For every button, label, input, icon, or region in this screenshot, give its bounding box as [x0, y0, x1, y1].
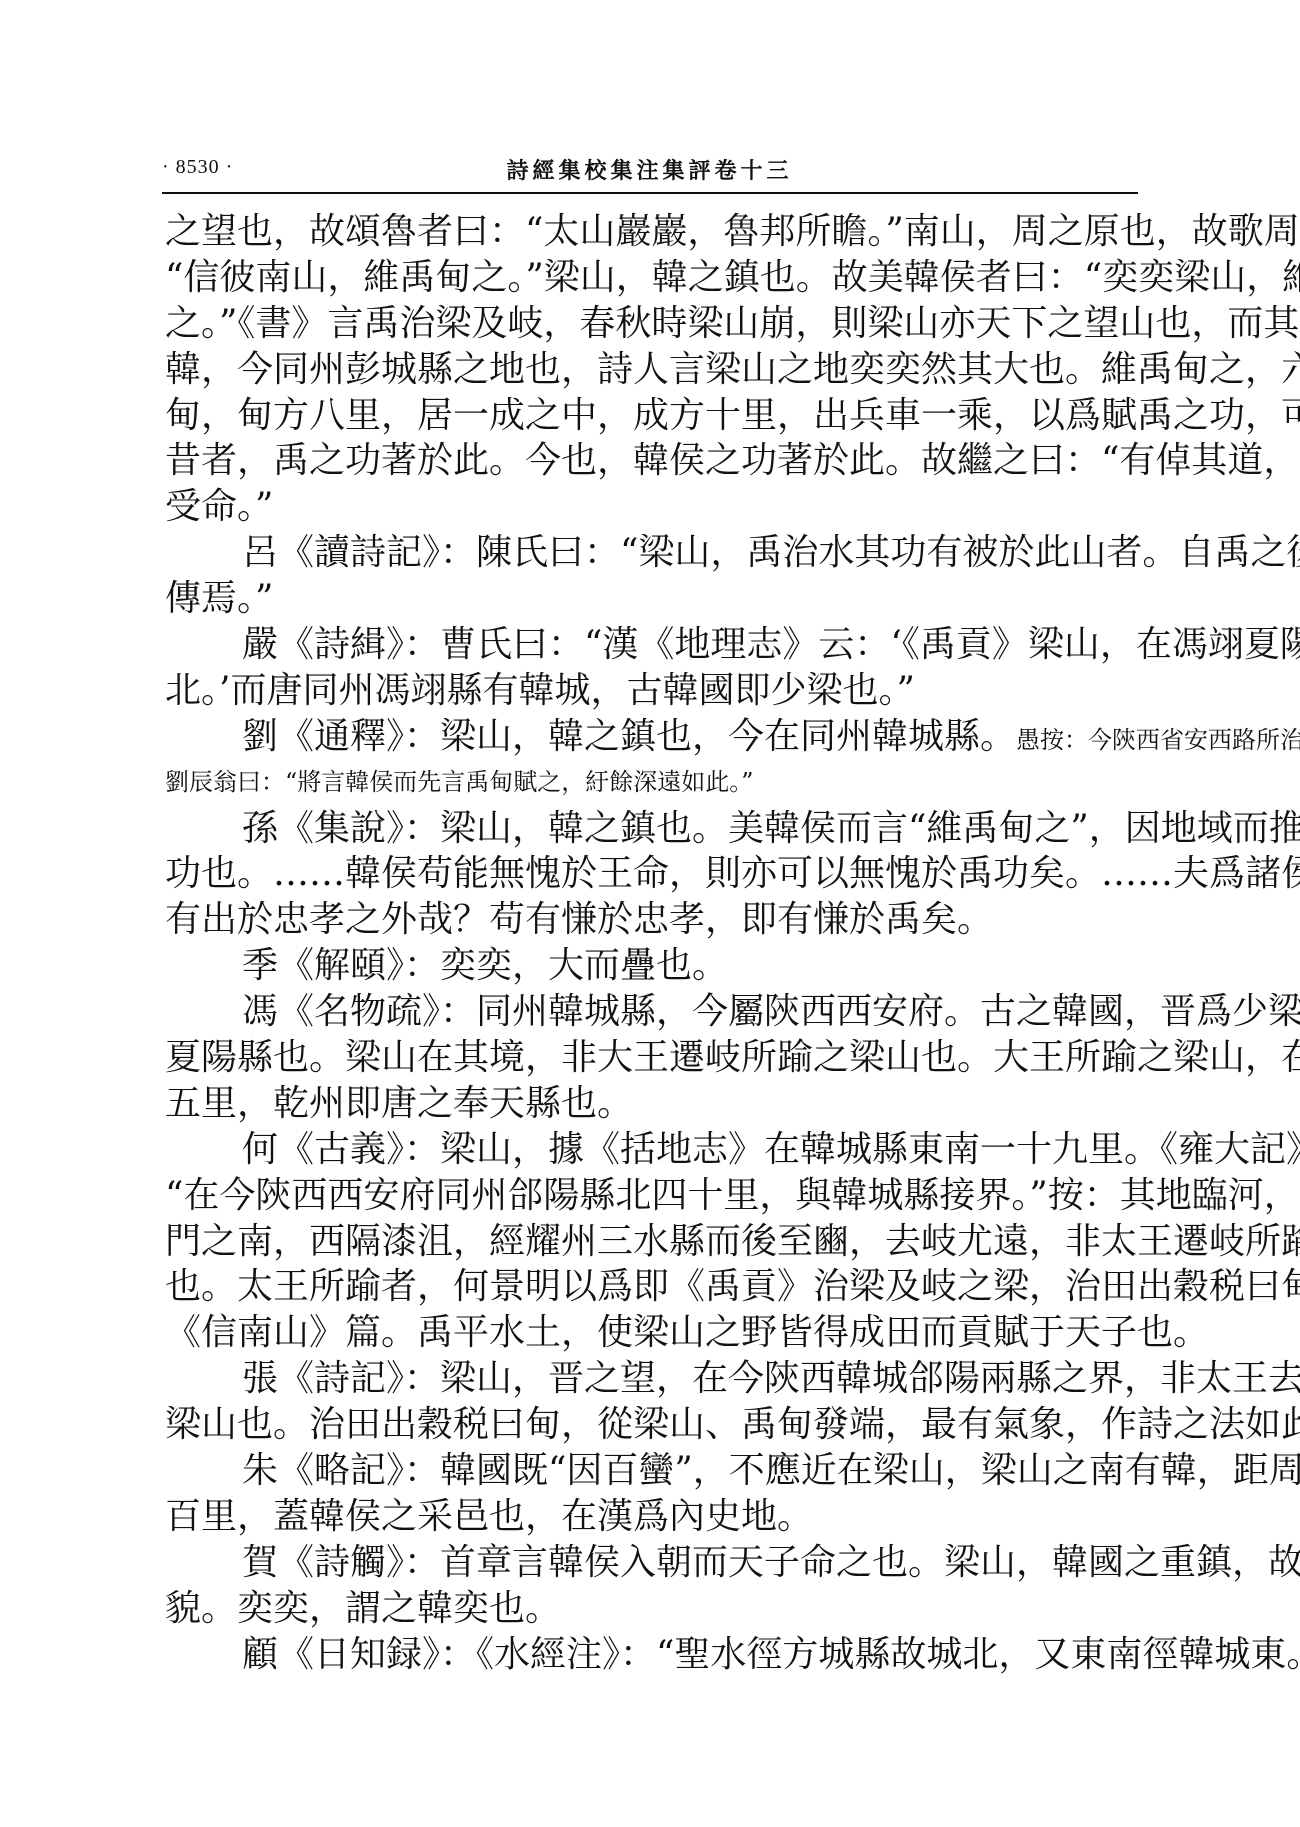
- paragraph-gu-rizhilu: 顧《日知録》：《水經注》：“聖水徑方城縣故城北，又東南徑韓城東。《詩》：: [165, 1632, 1139, 1678]
- body-text: 之望也，故頌魯者曰：“太山巖巖，魯邦所瞻。”南山，周之原也，故歌周王者曰： “信…: [165, 209, 1139, 1678]
- header-rule: [162, 192, 1138, 194]
- running-title: 詩經集校集注集評卷十三: [162, 154, 1137, 185]
- paragraph-lu-dushiji: 呂《讀詩記》：陳氏曰：“梁山，禹治水其功有被於此山者。自禹之後，無: [165, 530, 1139, 576]
- text-line: 百里，蓋韓侯之采邑也，在漢爲內史地。: [165, 1494, 1139, 1540]
- text-line: “信彼南山，維禹甸之。”梁山，韓之鎮也。故美韓侯者曰：“奕奕梁山，維禹甸: [165, 255, 1139, 301]
- paragraph-ji-jieyi: 季《解頤》：奕奕，大而疊也。: [165, 943, 1139, 989]
- page-header: · 8530 · 詩經集校集注集評卷十三: [162, 152, 1137, 188]
- text-line: 梁山也。治田出穀税曰甸，從梁山、禹甸發端，最有氣象，作詩之法如此。: [165, 1402, 1139, 1448]
- paragraph-he-guyi: 何《古義》：梁山，據《括地志》在韓城縣東南一十九里。《雍大記》云：: [165, 1127, 1139, 1173]
- text-line: 之望也，故頌魯者曰：“太山巖巖，魯邦所瞻。”南山，周之原也，故歌周王者曰：: [165, 209, 1139, 255]
- paragraph-feng-mingwushu: 馮《名物疏》：同州韓城縣，今屬陝西西安府。古之韓國，晋爲少梁，秦漢之: [165, 989, 1139, 1035]
- paragraph-zhang-shiji: 張《詩記》：梁山，晋之望，在今陝西韓城郃陽兩縣之界，非太王去邠所踰之: [165, 1356, 1139, 1402]
- text-line: 《信南山》篇。禹平水土，使梁山之野皆得成田而貢賦于天子也。: [165, 1310, 1139, 1356]
- text-line: 甸，甸方八里，居一成之中，成方十里，出兵車一乘，以爲賦禹之功，可謂著矣。: [165, 393, 1139, 439]
- paragraph-zhu-lueji: 朱《略記》：韓國既“因百蠻”，不應近在梁山，梁山之南有韓，距周都不五: [165, 1448, 1139, 1494]
- text-line: 北。’而唐同州馮翊縣有韓城，古韓國即少梁也。”: [165, 668, 1139, 714]
- text-line: 有出於忠孝之外哉？苟有慊於忠孝，即有慊於禹矣。: [165, 897, 1139, 943]
- text-line: 傳焉。”: [165, 576, 1139, 622]
- text-line: 受命。”: [165, 484, 1139, 530]
- paragraph-he-shichu: 賀《詩觸》：首章言韓侯入朝而天子命之也。梁山，韓國之重鎮，故美其山之: [165, 1540, 1139, 1586]
- text-line: 貌。奕奕，謂之韓奕也。: [165, 1586, 1139, 1632]
- text-line: 五里，乾州即唐之奉天縣也。: [165, 1081, 1139, 1127]
- text-line: 功也。……韓侯苟能無愧於王命，則亦可以無愧於禹功矣。……夫爲諸侯之道，豈: [165, 851, 1139, 897]
- editor-note: 愚按：今陝西省安西路所治。……: [1016, 726, 1300, 754]
- text-line: 夏陽縣也。梁山在其境，非大王遷岐所踰之梁山也。大王所踰之梁山，在乾州西北: [165, 1035, 1139, 1081]
- text-line: 之。”《書》言禹治梁及岐，春秋時梁山崩，則梁山亦天下之望山也，而其地在於: [165, 301, 1139, 347]
- paragraph-liu-tongshi: 劉《通釋》：梁山，韓之鎮也，今在同州韓城縣。愚按：今陝西省安西路所治。……: [165, 714, 1139, 760]
- text-line: 韓，今同州彭城縣之地也，詩人言梁山之地奕奕然其大也。維禹甸之，六十四井爲: [165, 347, 1139, 393]
- text-line: 門之南，西隔漆沮，經耀州三水縣而後至豳，去岐尤遠，非太王遷岐所踰之梁山: [165, 1219, 1139, 1265]
- text-line: “在今陝西西安府同州郃陽縣北四十里，與韓城縣接界。”按：其地臨河，上當龍: [165, 1173, 1139, 1219]
- paragraph-sun-jishuo: 孫《集說》：梁山，韓之鎮也。美韓侯而言“維禹甸之”，因地域而推前聖之: [165, 806, 1139, 852]
- text-line: 也。太王所踰者，何景明以爲即《禹貢》治梁及岐之梁，治田出穀税曰甸，詳見: [165, 1264, 1139, 1310]
- text-line: 昔者，禹之功著於此。今也，韓侯之功著於此。故繼之曰：“有倬其道，韓侯: [165, 438, 1139, 484]
- quote-liu-chenweng: 劉辰翁曰：“將言韓侯而先言禹甸賦之，紆餘深遠如此。”: [165, 760, 1139, 806]
- paragraph-yan-shiji: 嚴《詩緝》：曹氏曰：“漢《地理志》云：‘《禹貢》梁山，在馮翊夏陽縣西: [165, 622, 1139, 668]
